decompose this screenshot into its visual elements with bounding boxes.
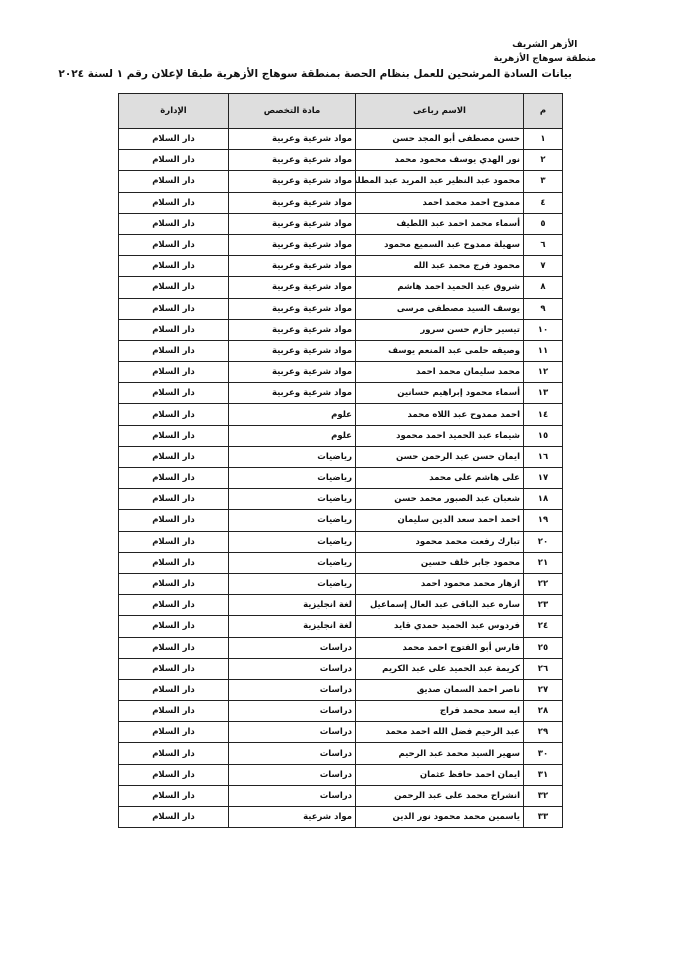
administration: دار السلام: [119, 701, 229, 722]
administration: دار السلام: [119, 319, 229, 340]
specialty: مواد شرعية وعربية: [229, 213, 356, 234]
administration: دار السلام: [119, 573, 229, 594]
row-number: ١: [524, 129, 563, 150]
column-header-name: الاسم رباعى: [356, 94, 524, 129]
row-number: ٢٢: [524, 573, 563, 594]
candidate-name: ياسمين محمد محمود نور الدين: [356, 807, 524, 828]
table-row: ٢٥فارس أبو الفتوح احمد محمددراساتدار الس…: [119, 637, 563, 658]
administration: دار السلام: [119, 637, 229, 658]
administration: دار السلام: [119, 743, 229, 764]
table-row: ٣٣ياسمين محمد محمود نور الدينمواد شرعيةد…: [119, 807, 563, 828]
specialty: مواد شرعية وعربية: [229, 150, 356, 171]
candidate-name: محمود فرج محمد عبد الله: [356, 256, 524, 277]
table-row: ٢٤فردوس عبد الحميد حمدي قايدلغة انجليزية…: [119, 616, 563, 637]
administration: دار السلام: [119, 256, 229, 277]
row-number: ٢٥: [524, 637, 563, 658]
table-row: ١٧على هاشم على محمدرياضياتدار السلام: [119, 468, 563, 489]
administration: دار السلام: [119, 362, 229, 383]
administration: دار السلام: [119, 446, 229, 467]
administration: دار السلام: [119, 764, 229, 785]
row-number: ٥: [524, 213, 563, 234]
document-title: بيانات السادة المرشحين للعمل بنظام الحصة…: [110, 68, 572, 80]
candidate-name: نور الهدي يوسف محمود محمد: [356, 150, 524, 171]
administration: دار السلام: [119, 722, 229, 743]
row-number: ١٩: [524, 510, 563, 531]
administration: دار السلام: [119, 340, 229, 361]
row-number: ٩: [524, 298, 563, 319]
table-row: ١٩احمد احمد سعد الدين سليمانرياضياتدار ا…: [119, 510, 563, 531]
administration: دار السلام: [119, 595, 229, 616]
row-number: ٢٧: [524, 679, 563, 700]
specialty: دراسات: [229, 785, 356, 806]
row-number: ٢: [524, 150, 563, 171]
column-header-specialty: مادة التخصص: [229, 94, 356, 129]
row-number: ٣٢: [524, 785, 563, 806]
row-number: ١٢: [524, 362, 563, 383]
administration: دار السلام: [119, 404, 229, 425]
specialty: مواد شرعية وعربية: [229, 192, 356, 213]
candidate-name: ايمان حسن عبد الرحمن حسن: [356, 446, 524, 467]
table-row: ١١وصيفه حلمى عبد المنعم يوسفمواد شرعية و…: [119, 340, 563, 361]
administration: دار السلام: [119, 129, 229, 150]
candidate-name: ايه سعد محمد فراج: [356, 701, 524, 722]
specialty: مواد شرعية وعربية: [229, 362, 356, 383]
administration: دار السلام: [119, 234, 229, 255]
candidate-name: كريمة عبد الحميد على عبد الكريم: [356, 658, 524, 679]
row-number: ١٦: [524, 446, 563, 467]
administration: دار السلام: [119, 679, 229, 700]
row-number: ٢٦: [524, 658, 563, 679]
candidate-name: يوسف السيد مصطفى مرسى: [356, 298, 524, 319]
candidate-name: محمود عبد النظير عبد المريد عبد المطلب: [356, 171, 524, 192]
administration: دار السلام: [119, 425, 229, 446]
candidate-name: احمد احمد سعد الدين سليمان: [356, 510, 524, 531]
row-number: ١٤: [524, 404, 563, 425]
row-number: ٨: [524, 277, 563, 298]
administration: دار السلام: [119, 658, 229, 679]
table-row: ٢نور الهدي يوسف محمود محمدمواد شرعية وعر…: [119, 150, 563, 171]
table-row: ١٢محمد سليمان محمد احمدمواد شرعية وعربية…: [119, 362, 563, 383]
candidate-name: أسماء محمود إبراهيم حسانين: [356, 383, 524, 404]
table-row: ٨شروق عبد الحميد احمد هاشممواد شرعية وعر…: [119, 277, 563, 298]
specialty: مواد شرعية وعربية: [229, 277, 356, 298]
specialty: لغة انجليزية: [229, 616, 356, 637]
candidate-name: ساره عبد الباقى عبد العال إسماعيل: [356, 595, 524, 616]
row-number: ٣٣: [524, 807, 563, 828]
table-row: ١حسن مصطفى أبو المجد حسنمواد شرعية وعربي…: [119, 129, 563, 150]
table-row: ٤ممدوح احمد محمد احمدمواد شرعية وعربيةدا…: [119, 192, 563, 213]
specialty: مواد شرعية وعربية: [229, 340, 356, 361]
candidate-name: ممدوح احمد محمد احمد: [356, 192, 524, 213]
specialty: دراسات: [229, 701, 356, 722]
candidate-name: أسماء محمد احمد عبد اللطيف: [356, 213, 524, 234]
candidate-name: انشراح محمد على عبد الرحمن: [356, 785, 524, 806]
row-number: ٢٠: [524, 531, 563, 552]
table-row: ١٥شيماء عبد الحميد احمد محمودعلومدار الس…: [119, 425, 563, 446]
administration: دار السلام: [119, 150, 229, 171]
specialty: علوم: [229, 404, 356, 425]
specialty: رياضيات: [229, 531, 356, 552]
administration: دار السلام: [119, 807, 229, 828]
table-row: ٣٢انشراح محمد على عبد الرحمندراساتدار ال…: [119, 785, 563, 806]
specialty: علوم: [229, 425, 356, 446]
table-body: ١حسن مصطفى أبو المجد حسنمواد شرعية وعربي…: [119, 129, 563, 828]
table-row: ٢٨ايه سعد محمد فراجدراساتدار السلام: [119, 701, 563, 722]
candidate-name: شيماء عبد الحميد احمد محمود: [356, 425, 524, 446]
candidate-name: على هاشم على محمد: [356, 468, 524, 489]
column-header-num: م: [524, 94, 563, 129]
specialty: دراسات: [229, 637, 356, 658]
table-row: ٣محمود عبد النظير عبد المريد عبد المطلبم…: [119, 171, 563, 192]
row-number: ١٠: [524, 319, 563, 340]
row-number: ٢٨: [524, 701, 563, 722]
candidate-name: حسن مصطفى أبو المجد حسن: [356, 129, 524, 150]
administration: دار السلام: [119, 510, 229, 531]
table-row: ١٤احمد ممدوح عبد اللاه محمدعلومدار السلا…: [119, 404, 563, 425]
administration: دار السلام: [119, 298, 229, 319]
specialty: مواد شرعية وعربية: [229, 171, 356, 192]
table-row: ٢٦كريمة عبد الحميد على عبد الكريمدراساتد…: [119, 658, 563, 679]
candidate-name: تبارك رفعت محمد محمود: [356, 531, 524, 552]
table-row: ١٠تيسير حازم حسن سرورمواد شرعية وعربيةدا…: [119, 319, 563, 340]
specialty: مواد شرعية وعربية: [229, 129, 356, 150]
org-region: منطقة سوهاج الأزهرية: [494, 52, 596, 66]
table-row: ٣٠سهير السيد محمد عبد الرحيمدراساتدار ال…: [119, 743, 563, 764]
organization-header: الأزهر الشريف منطقة سوهاج الأزهرية: [494, 38, 596, 66]
specialty: دراسات: [229, 658, 356, 679]
candidate-name: محمود جابر خلف حسين: [356, 552, 524, 573]
candidate-name: شعبان عبد الصبور محمد حسن: [356, 489, 524, 510]
administration: دار السلام: [119, 277, 229, 298]
row-number: ٢٣: [524, 595, 563, 616]
specialty: رياضيات: [229, 468, 356, 489]
specialty: رياضيات: [229, 552, 356, 573]
specialty: دراسات: [229, 743, 356, 764]
table-row: ٢٣ساره عبد الباقى عبد العال إسماعيللغة ا…: [119, 595, 563, 616]
candidate-name: فارس أبو الفتوح احمد محمد: [356, 637, 524, 658]
administration: دار السلام: [119, 468, 229, 489]
specialty: مواد شرعية وعربية: [229, 319, 356, 340]
candidate-name: ايمان احمد حافظ عثمان: [356, 764, 524, 785]
specialty: مواد شرعية وعربية: [229, 256, 356, 277]
specialty: دراسات: [229, 722, 356, 743]
candidate-name: سهيلة ممدوح عبد السميع محمود: [356, 234, 524, 255]
row-number: ٤: [524, 192, 563, 213]
row-number: ٢٩: [524, 722, 563, 743]
table-header-row: م الاسم رباعى مادة التخصص الإدارة: [119, 94, 563, 129]
specialty: مواد شرعية وعربية: [229, 234, 356, 255]
administration: دار السلام: [119, 213, 229, 234]
org-name: الأزهر الشريف: [494, 38, 596, 52]
row-number: ١٨: [524, 489, 563, 510]
row-number: ٢٤: [524, 616, 563, 637]
table-row: ١٦ايمان حسن عبد الرحمن حسنرياضياتدار الس…: [119, 446, 563, 467]
administration: دار السلام: [119, 383, 229, 404]
specialty: مواد شرعية وعربية: [229, 298, 356, 319]
administration: دار السلام: [119, 192, 229, 213]
administration: دار السلام: [119, 616, 229, 637]
row-number: ٧: [524, 256, 563, 277]
candidate-name: وصيفه حلمى عبد المنعم يوسف: [356, 340, 524, 361]
table-row: ١٨شعبان عبد الصبور محمد حسنرياضياتدار ال…: [119, 489, 563, 510]
candidate-name: ازهار محمد محمود احمد: [356, 573, 524, 594]
administration: دار السلام: [119, 552, 229, 573]
candidates-table: م الاسم رباعى مادة التخصص الإدارة ١حسن م…: [118, 93, 563, 828]
candidate-name: عبد الرحيم فضل الله احمد محمد: [356, 722, 524, 743]
table-row: ٢٧ناصر احمد السمان صديقدراساتدار السلام: [119, 679, 563, 700]
table-row: ٢٢ازهار محمد محمود احمدرياضياتدار السلام: [119, 573, 563, 594]
row-number: ٣: [524, 171, 563, 192]
row-number: ١٣: [524, 383, 563, 404]
row-number: ١٧: [524, 468, 563, 489]
candidate-name: ناصر احمد السمان صديق: [356, 679, 524, 700]
row-number: ٣٠: [524, 743, 563, 764]
table-row: ٥أسماء محمد احمد عبد اللطيفمواد شرعية وع…: [119, 213, 563, 234]
specialty: رياضيات: [229, 489, 356, 510]
administration: دار السلام: [119, 171, 229, 192]
specialty: رياضيات: [229, 446, 356, 467]
specialty: مواد شرعية وعربية: [229, 383, 356, 404]
candidate-name: احمد ممدوح عبد اللاه محمد: [356, 404, 524, 425]
table-row: ٢٩عبد الرحيم فضل الله احمد محمددراساتدار…: [119, 722, 563, 743]
administration: دار السلام: [119, 531, 229, 552]
table-row: ٦سهيلة ممدوح عبد السميع محمودمواد شرعية …: [119, 234, 563, 255]
candidate-name: محمد سليمان محمد احمد: [356, 362, 524, 383]
column-header-administration: الإدارة: [119, 94, 229, 129]
administration: دار السلام: [119, 489, 229, 510]
row-number: ١٥: [524, 425, 563, 446]
table-row: ٩يوسف السيد مصطفى مرسىمواد شرعية وعربيةد…: [119, 298, 563, 319]
table-row: ٧محمود فرج محمد عبد اللهمواد شرعية وعربي…: [119, 256, 563, 277]
specialty: رياضيات: [229, 573, 356, 594]
candidate-name: فردوس عبد الحميد حمدي قايد: [356, 616, 524, 637]
candidate-name: شروق عبد الحميد احمد هاشم: [356, 277, 524, 298]
table-row: ٢١محمود جابر خلف حسينرياضياتدار السلام: [119, 552, 563, 573]
specialty: لغة انجليزية: [229, 595, 356, 616]
specialty: رياضيات: [229, 510, 356, 531]
administration: دار السلام: [119, 785, 229, 806]
specialty: دراسات: [229, 764, 356, 785]
specialty: مواد شرعية: [229, 807, 356, 828]
row-number: ٣١: [524, 764, 563, 785]
row-number: ٦: [524, 234, 563, 255]
candidate-name: تيسير حازم حسن سرور: [356, 319, 524, 340]
specialty: دراسات: [229, 679, 356, 700]
table-row: ٣١ايمان احمد حافظ عثماندراساتدار السلام: [119, 764, 563, 785]
row-number: ٢١: [524, 552, 563, 573]
table-row: ١٣أسماء محمود إبراهيم حسانينمواد شرعية و…: [119, 383, 563, 404]
row-number: ١١: [524, 340, 563, 361]
candidate-name: سهير السيد محمد عبد الرحيم: [356, 743, 524, 764]
table-row: ٢٠تبارك رفعت محمد محمودرياضياتدار السلام: [119, 531, 563, 552]
